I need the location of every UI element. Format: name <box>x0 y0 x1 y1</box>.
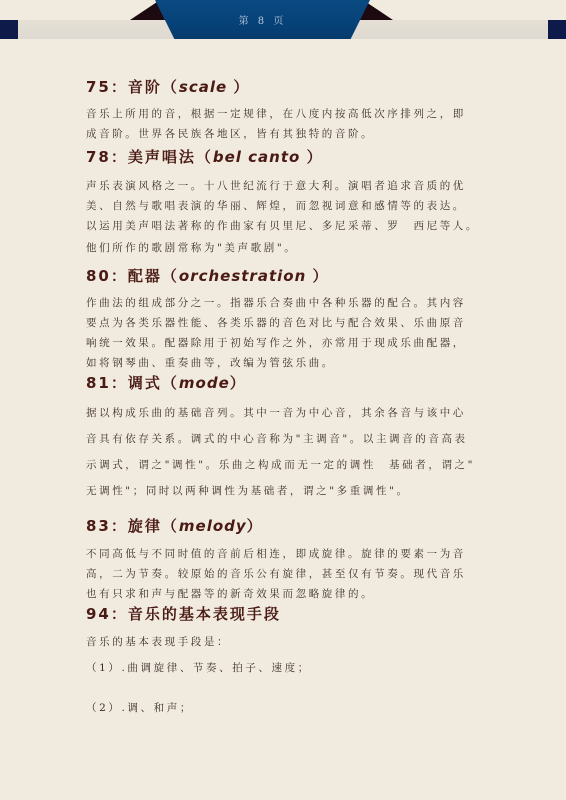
section-heading-bel-canto: 78：美声唱法（bel canto ） <box>86 146 324 167</box>
body-line: 美、自然与歌唱表演的华丽、辉煌，而忽视词意和感情等的表达。 <box>86 196 470 216</box>
section-number: 75： <box>86 78 128 96</box>
body-line: 要点为各类乐器性能、各类乐器的音色对比与配合效果、乐曲原音 <box>86 313 470 333</box>
section-title-close: ） <box>307 148 324 166</box>
body-line: 声乐表演风格之一。十八世纪流行于意大利。演唱者追求音质的优 <box>86 176 470 196</box>
section-title-cn: 旋律（ <box>128 517 179 535</box>
section-body-basic-means: 音乐的基本表现手段是： （1）.曲调旋律、节奏、拍子、速度； （2）.调、和声； <box>86 632 470 718</box>
section-title-cn: 音阶（ <box>128 78 179 96</box>
page-number-label: 第 8 页 <box>155 12 370 27</box>
body-line: 示调式，谓之"调性"。乐曲之构成而无一定的调性 基础者，谓之" <box>86 452 470 478</box>
section-heading-mode: 81：调式（mode） <box>86 372 247 393</box>
section-title-en: mode <box>179 374 230 392</box>
body-line: 音具有依存关系。调式的中心音称为"主调音"。以主调音的音高表 <box>86 426 470 452</box>
section-body-melody: 不同高低与不同时值的音前后相连，即成旋律。旋律的要素一为音 高，二为节奏。较原始… <box>86 544 470 604</box>
body-line: 成音阶。世界各民族各地区，皆有其独特的音阶。 <box>86 124 470 144</box>
page-header: 第 8 页 <box>0 0 566 45</box>
section-body-bel-canto: 声乐表演风格之一。十八世纪流行于意大利。演唱者追求音质的优 美、自然与歌唱表演的… <box>86 176 470 258</box>
body-line: 如将钢琴曲、重奏曲等，改编为管弦乐曲。 <box>86 353 470 373</box>
body-line: 音乐上所用的音，根据一定规律，在八度内按高低次序排列之，即 <box>86 104 470 124</box>
section-number: 94： <box>86 605 128 623</box>
section-heading-orchestration: 80：配器（orchestration ） <box>86 265 330 286</box>
section-heading-melody: 83：旋律（melody） <box>86 515 264 536</box>
header-end-square-right <box>548 20 566 39</box>
body-line: 据以构成乐曲的基础音列。其中一音为中心音，其余各音与该中心 <box>86 400 470 426</box>
section-title-en: scale <box>179 78 233 96</box>
section-title-cn: 美声唱法（ <box>128 148 213 166</box>
section-title-cn: 音乐的基本表现手段 <box>128 605 281 623</box>
section-title-close: ） <box>233 78 250 96</box>
header-end-square-left <box>0 20 18 39</box>
section-number: 81： <box>86 374 128 392</box>
list-item: （1）.曲调旋律、节奏、拍子、速度； <box>86 658 470 678</box>
section-title-close: ） <box>247 517 264 535</box>
section-heading-basic-means: 94：音乐的基本表现手段 <box>86 603 281 624</box>
body-line: 以运用美声唱法著称的作曲家有贝里尼、多尼采蒂、罗 西尼等人。 <box>86 216 470 236</box>
body-line: 不同高低与不同时值的音前后相连，即成旋律。旋律的要素一为音 <box>86 544 470 564</box>
section-number: 83： <box>86 517 128 535</box>
section-heading-scale: 75：音阶（scale ） <box>86 76 250 97</box>
section-body-orchestration: 作曲法的组成部分之一。指器乐合奏曲中各种乐器的配合。其内容 要点为各类乐器性能、… <box>86 293 470 373</box>
section-number: 80： <box>86 267 128 285</box>
section-title-close: ） <box>230 374 247 392</box>
body-line: 高，二为节奏。较原始的音乐公有旋律，甚至仅有节奏。现代音乐 <box>86 564 470 584</box>
section-number: 78： <box>86 148 128 166</box>
section-title-cn: 调式（ <box>128 374 179 392</box>
body-line: 音乐的基本表现手段是： <box>86 632 470 652</box>
section-body-scale: 音乐上所用的音，根据一定规律，在八度内按高低次序排列之，即 成音阶。世界各民族各… <box>86 104 470 144</box>
section-title-en: melody <box>179 517 247 535</box>
body-line: 无调性"；同时以两种调性为基础者，谓之"多重调性"。 <box>86 478 470 504</box>
body-line: 响统一效果。配器除用于初始写作之外，亦常用于现成乐曲配器， <box>86 333 470 353</box>
body-line: 作曲法的组成部分之一。指器乐合奏曲中各种乐器的配合。其内容 <box>86 293 470 313</box>
section-title-en: orchestration <box>179 267 313 285</box>
section-title-en: bel canto <box>213 148 307 166</box>
list-item: （2）.调、和声； <box>86 698 470 718</box>
section-body-mode: 据以构成乐曲的基础音列。其中一音为中心音，其余各音与该中心 音具有依存关系。调式… <box>86 400 470 504</box>
body-line: 他们所作的歌剧常称为"美声歌剧"。 <box>86 238 470 258</box>
section-title-cn: 配器（ <box>128 267 179 285</box>
body-line: 也有只求和声与配器等的新奇效果而忽略旋律的。 <box>86 584 470 604</box>
section-title-close: ） <box>312 267 329 285</box>
